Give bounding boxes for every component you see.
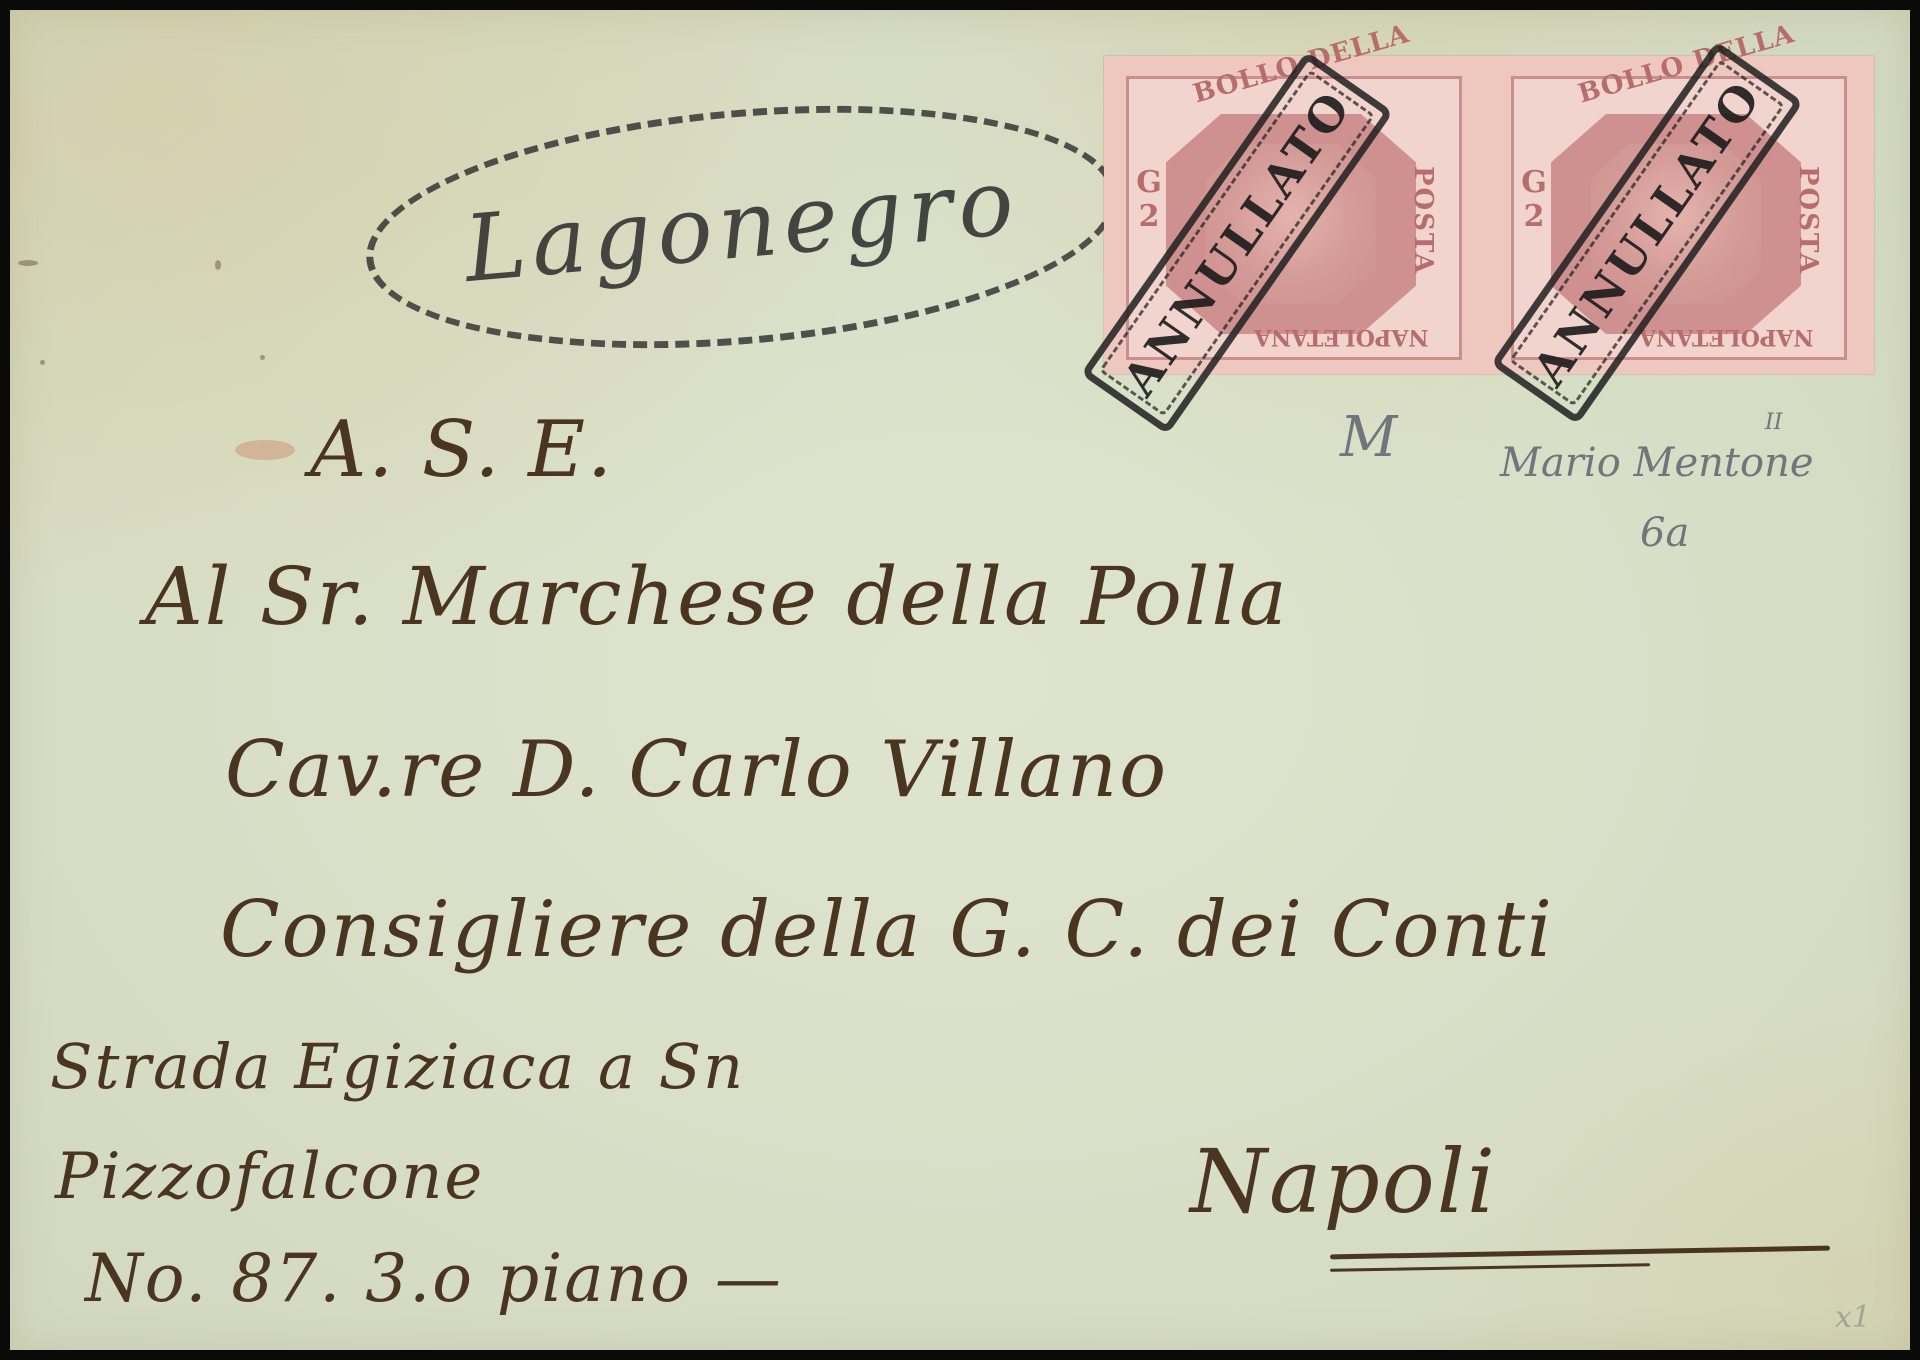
address-line-recipient: Al Sr. Marchese della Polla	[145, 550, 1289, 643]
postal-cover: Lagonegro BOLLO DELLA G 2 POSTA NAPOLETA…	[10, 10, 1910, 1350]
city-underline	[1330, 1246, 1830, 1260]
town-cancel-text: Lagonegro	[369, 140, 1116, 311]
address-line-street: Strada Egiziaca a Sn	[50, 1030, 745, 1103]
stamp-value: G 2	[1134, 166, 1164, 234]
oval-town-cancel: Lagonegro	[356, 78, 1128, 377]
stamp-right-text: POSTA	[1408, 166, 1438, 275]
stamp-value: G 2	[1519, 166, 1549, 234]
pencil-note-6a: 6a	[1640, 510, 1689, 556]
ink-speck	[18, 260, 38, 266]
city-underline-2	[1330, 1263, 1650, 1272]
pencil-note-m: M	[1340, 405, 1397, 470]
address-line-number: No. 87. 3.o piano —	[85, 1240, 783, 1317]
stamp-right-text: POSTA	[1793, 166, 1823, 275]
stamp-bottom-text: NAPOLETANA	[1639, 324, 1814, 350]
foxing-stain	[235, 440, 295, 460]
ink-speck	[215, 260, 221, 270]
stamp-bottom-text: NAPOLETANA	[1254, 324, 1429, 350]
address-line-district: Pizzofalcone	[55, 1140, 484, 1214]
pencil-note-superscript: II	[1765, 410, 1782, 435]
pencil-corner-mark: x1	[1835, 1300, 1871, 1335]
ink-speck	[260, 355, 265, 360]
ink-speck	[40, 360, 45, 365]
address-city: Napoli	[1190, 1130, 1497, 1233]
address-line-title: Consigliere della G. C. dei Conti	[220, 885, 1554, 975]
pencil-note-name: Mario Mentone	[1500, 440, 1814, 486]
address-line-name: Cav.re D. Carlo Villano	[225, 725, 1168, 815]
address-line-honorific: A. S. E.	[310, 405, 614, 495]
